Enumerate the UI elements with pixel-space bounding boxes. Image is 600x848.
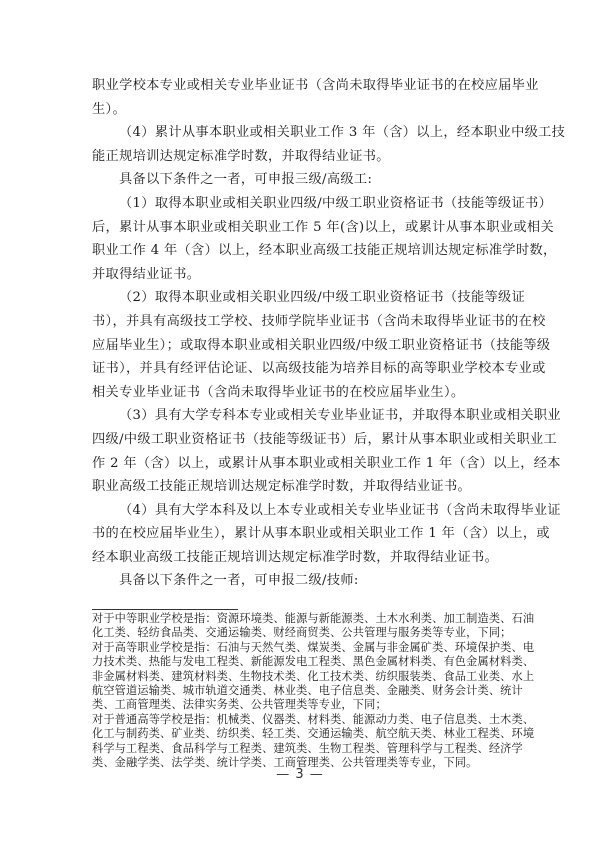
body-line: 能正规培训达规定标准学时数，并取得结业证书。 (92, 145, 512, 169)
body-line: （3）具有大学专科本专业或相关专业毕业证书，并取得本职业或相关职业 (92, 404, 512, 428)
body-line: （4）具有大学本科及以上本专业或相关专业毕业证书（含尚未取得毕业证 (92, 499, 512, 523)
body-line: 证书），并具有经评估论证、以高级技能为培养目标的高等职业学校本专业或 (92, 357, 512, 381)
body-line: （1）取得本职业或相关职业四级/中级工职业资格证书（技能等级证书） (92, 192, 512, 216)
body-line: 并取得结业证书。 (92, 263, 512, 287)
body-line: 相关专业毕业证书（含尚未取得毕业证书的在校应届毕业生）。 (92, 381, 512, 405)
body-line: 书的在校应届毕业生），累计从事本职业或相关职业工作 1 年（含）以上，或 (92, 522, 512, 546)
body-line: （4）累计从事本职业或相关职业工作 3 年（含）以上，经本职业中级工技 (92, 121, 512, 145)
body-line: 职业高级工技能正规培训达规定标准学时数，并取得结业证书。 (92, 475, 512, 499)
body-line: 应届毕业生）；或取得本职业或相关职业四级/中级工职业资格证书（技能等级 (92, 334, 512, 358)
footnote-line: 类、工商管理类、法律实务类、公共管理类等专业，下同； (92, 698, 512, 712)
footnote-line: 对于高等职业学校是指：石油与天然气类、煤炭类、金属与非金属矿类、环境保护类、电 (92, 641, 512, 655)
footnote-line: 科学与工程类、食品科学与工程类、建筑类、生物工程类、管理科学与工程类、经济学 (92, 742, 512, 756)
page-number: — 3 — (0, 767, 600, 782)
footnote-divider (92, 609, 238, 610)
body-line: 职业学校本专业或相关专业毕业证书（含尚未取得毕业证书的在校应届毕业 (92, 74, 512, 98)
body-line: 具备以下条件之一者，可申报二级/技师: (92, 569, 512, 593)
footnote-line: 非金属材料类、建筑材料类、生物技术类、化工技术类、纺织服装类、食品工业类、水上 (92, 670, 512, 684)
footnote-line: 化工与制药类、矿业类、纺织类、轻工类、交通运输类、航空航天类、林业工程类、环境 (92, 727, 512, 741)
footnote-line: 航空管道运输类、城市轨道交通类、林业类、电子信息类、金融类、财务会计类、统计 (92, 684, 512, 698)
footnote-line: 力技术类、热能与发电工程类、新能源发电工程类、黑色金属材料类、有色金属材料类、 (92, 655, 512, 669)
footnotes: 对于中等职业学校是指：资源环境类、能源与新能源类、土木水利类、加工制造类、石油化… (92, 612, 512, 770)
document-page: 职业学校本专业或相关专业毕业证书（含尚未取得毕业证书的在校应届毕业生）。（4）累… (0, 0, 600, 848)
body-line: 具备以下条件之一者，可申报三级/高级工: (92, 168, 512, 192)
body-line: 经本职业高级工技能正规培训达规定标准学时数，并取得结业证书。 (92, 546, 512, 570)
body-line: 书），并具有高级技工学校、技师学院毕业证书（含尚未取得毕业证书的在校 (92, 310, 512, 334)
body-text: 职业学校本专业或相关专业毕业证书（含尚未取得毕业证书的在校应届毕业生）。（4）累… (92, 74, 512, 593)
footnote-line: 对于中等职业学校是指：资源环境类、能源与新能源类、土木水利类、加工制造类、石油 (92, 612, 512, 626)
footnote-line: 对于普通高等学校是指：机械类、仪器类、材料类、能源动力类、电子信息类、土木类、 (92, 713, 512, 727)
body-line: 职业工作 4 年（含）以上，经本职业高级工技能正规培训达规定标准学时数， (92, 239, 512, 263)
footnote-line: 化工类、轻纺食品类、交通运输类、财经商贸类、公共管理与服务类等专业，下同； (92, 626, 512, 640)
body-line: 作 2 年（含）以上，或累计从事本职业或相关职业工作 1 年（含）以上，经本 (92, 452, 512, 476)
body-line: 四级/中级工职业资格证书（技能等级证书）后，累计从事本职业或相关职业工 (92, 428, 512, 452)
body-line: 后，累计从事本职业或相关职业工作 5 年(含)以上，或累计从事本职业或相关 (92, 216, 512, 240)
body-line: 生）。 (92, 98, 512, 122)
body-line: （2）取得本职业或相关职业四级/中级工职业资格证书（技能等级证 (92, 286, 512, 310)
